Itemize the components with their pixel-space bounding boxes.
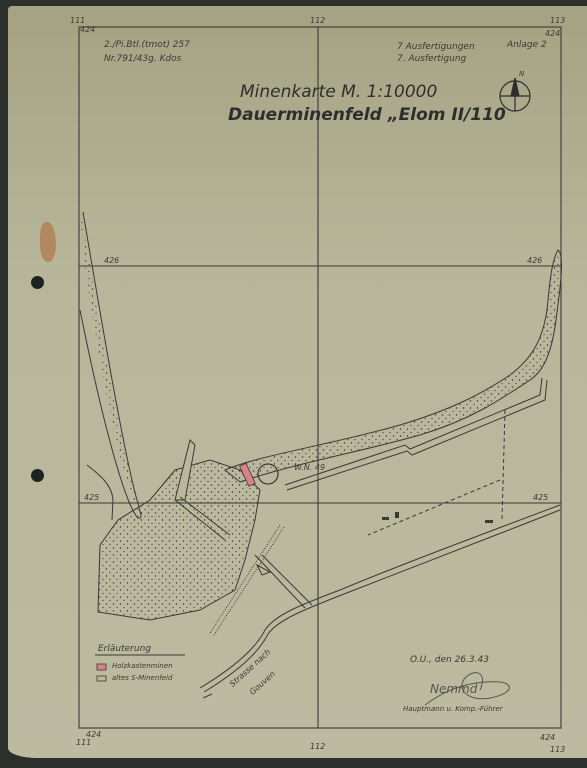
signature: Nemmd (430, 682, 477, 696)
grid-right-425: 425 (533, 493, 548, 502)
attachment-label: Anlage 2 (507, 40, 547, 50)
legend-heading: Erläuterung (98, 644, 151, 654)
grid-top-111: 111 (70, 16, 85, 25)
grid-bottom-112: 112 (310, 742, 325, 751)
rank-title: Hauptmann u. Komp.-Führer (403, 705, 503, 713)
north-label: N (519, 70, 524, 78)
grid-top-113: 113 (550, 16, 565, 25)
legend-item-old-s-minefield: altes S-Minenfeld (112, 674, 172, 682)
grid-left-425: 425 (84, 493, 99, 502)
legend-red-box-icon (97, 664, 106, 670)
map-subtitle: Dauerminenfeld „Elom II/110 (228, 105, 506, 125)
grid-left-424-top: 424 (80, 25, 95, 34)
grid-lines (79, 27, 561, 728)
grid-top-112: 112 (310, 16, 325, 25)
grid-right-426: 426 (527, 256, 542, 265)
grid-right-424-bottom: 424 (540, 733, 555, 742)
copies-line-2: 7. Ausfertigung (397, 54, 466, 64)
legend-outline-box-icon (97, 676, 106, 681)
grid-bottom-111: 111 (76, 738, 91, 747)
unit-line-1: 2./Pi.Btl.(tmot) 257 (104, 40, 190, 50)
upper-dotted-strip (225, 250, 562, 482)
map-title: Minenkarte M. 1:10000 (240, 82, 437, 102)
unit-line-2: Nr.791/43g. Kdos (104, 54, 181, 64)
place-date: O.U., den 26.3.43 (410, 655, 489, 665)
grid-left-426: 426 (104, 256, 119, 265)
grid-right-424-top: 424 (545, 29, 560, 38)
legend-item-wooden-box-mines: Holzkastenminen (112, 662, 173, 670)
grid-bottom-113: 113 (550, 745, 565, 754)
copies-line-1: 7 Ausfertigungen (397, 42, 475, 52)
strongpoint-label: W.N. 49 (294, 463, 325, 472)
